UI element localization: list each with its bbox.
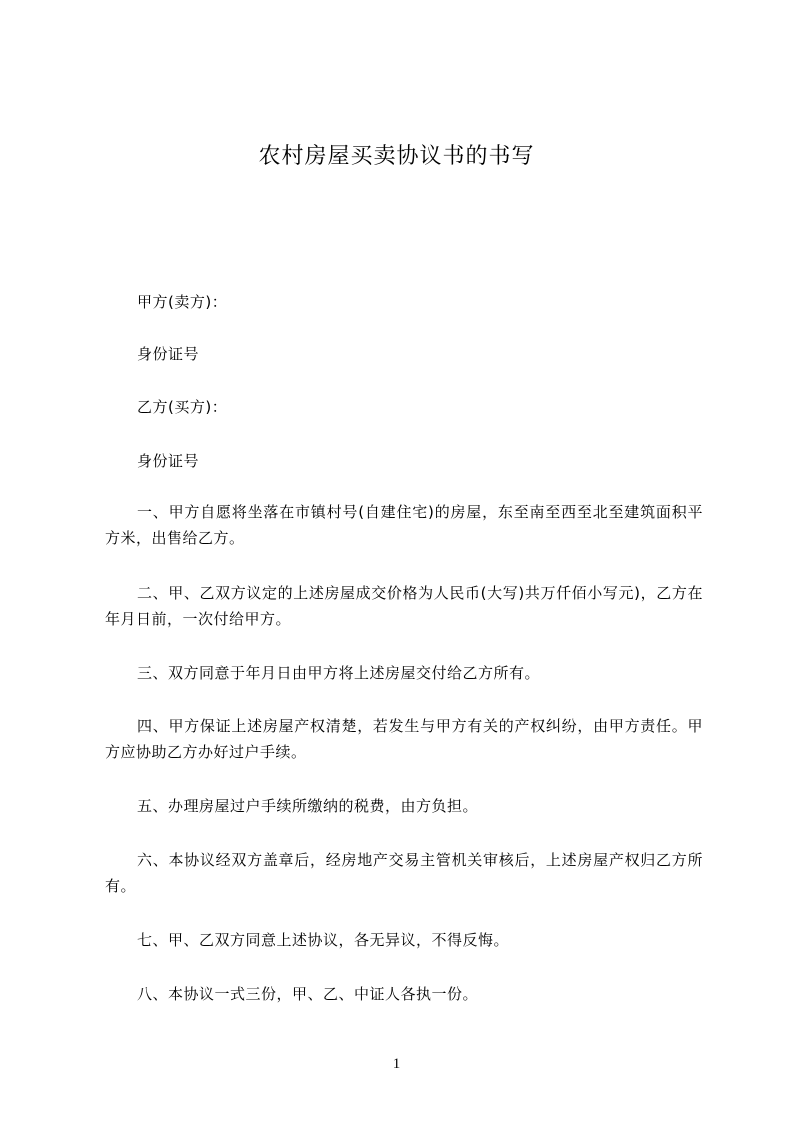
clause-7: 七、甲、乙双方同意上述协议，各无异议，不得反悔。 [105, 927, 703, 953]
document-title: 农村房屋买卖协议书的书写 [0, 142, 793, 172]
clause-5: 五、办理房屋过户手续所缴纳的税费，由方负担。 [105, 793, 703, 819]
clause-8: 八、本协议一式三份，甲、乙、中证人各执一份。 [105, 981, 703, 1007]
page-number: 1 [0, 1054, 793, 1074]
party-b-label: 乙方(买方)： [105, 394, 703, 420]
party-a-id-label: 身份证号 [105, 341, 703, 367]
clause-6: 六、本协议经双方盖章后，经房地产交易主管机关审核后，上述房屋产权归乙方所有。 [105, 847, 703, 899]
clause-1: 一、甲方自愿将坐落在市镇村号(自建住宅)的房屋，东至南至西至北至建筑面积平方米，… [105, 499, 703, 551]
document-page: 农村房屋买卖协议书的书写 甲方(卖方)： 身份证号 乙方(买方)： 身份证号 一… [0, 0, 793, 1122]
party-a-label: 甲方(卖方)： [105, 289, 703, 315]
clause-4: 四、甲方保证上述房屋产权清楚，若发生与甲方有关的产权纠纷，由甲方责任。甲方应协助… [105, 713, 703, 765]
party-b-id-label: 身份证号 [105, 448, 703, 474]
clause-2: 二、甲、乙双方议定的上述房屋成交价格为人民币(大写)共万仟佰小写元)，乙方在年月… [105, 580, 703, 632]
clause-3: 三、双方同意于年月日由甲方将上述房屋交付给乙方所有。 [105, 660, 703, 686]
